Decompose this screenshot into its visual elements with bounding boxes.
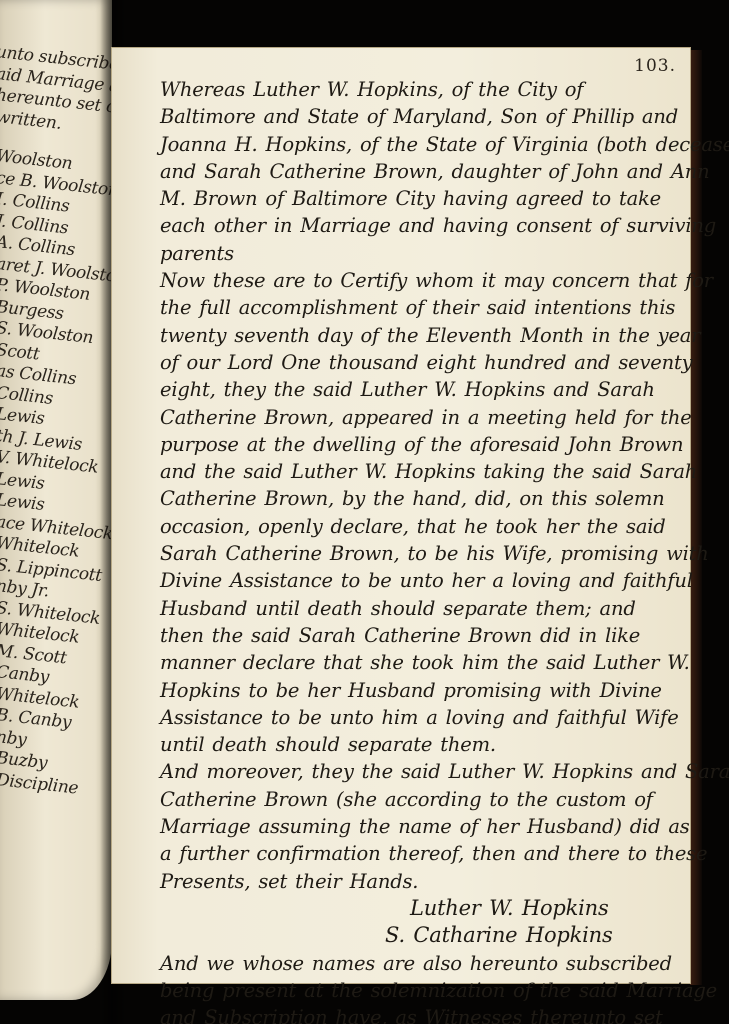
manuscript-line: Hopkins to be her Husband promising with… bbox=[160, 677, 690, 704]
manuscript-line: then the said Sarah Catherine Brown did … bbox=[160, 622, 690, 649]
manuscript-line: purpose at the dwelling of the aforesaid… bbox=[160, 431, 690, 458]
manuscript-line: of our Lord One thousand eight hundred a… bbox=[160, 349, 690, 376]
left-page-witness-list: unto subscribed aid Marriage and hereunt… bbox=[0, 0, 112, 1000]
manuscript-line: being present at the solemnization of th… bbox=[160, 977, 690, 1004]
manuscript-line: Joanna H. Hopkins, of the State of Virgi… bbox=[160, 131, 690, 158]
manuscript-line: each other in Marriage and having consen… bbox=[160, 212, 690, 239]
manuscript-line: Catherine Brown, appeared in a meeting h… bbox=[160, 404, 690, 431]
signature-groom: Luther W. Hopkins bbox=[160, 895, 690, 922]
manuscript-line: and Sarah Catherine Brown, daughter of J… bbox=[160, 158, 690, 185]
manuscript-line: and Subscription have, as Witnesses ther… bbox=[160, 1004, 690, 1024]
manuscript-line: Presents, set their Hands. bbox=[160, 868, 690, 895]
manuscript-line: Assistance to be unto him a loving and f… bbox=[160, 704, 690, 731]
certificate-text: Whereas Luther W. Hopkins, of the City o… bbox=[160, 76, 690, 1024]
manuscript-line: Whereas Luther W. Hopkins, of the City o… bbox=[160, 76, 690, 103]
manuscript-line: and the said Luther W. Hopkins taking th… bbox=[160, 458, 690, 485]
manuscript-line: the full accomplishment of their said in… bbox=[160, 294, 690, 321]
manuscript-line: manner declare that she took him the sai… bbox=[160, 649, 690, 676]
manuscript-line: And moreover, they the said Luther W. Ho… bbox=[160, 758, 690, 785]
right-page-certificate: 103. Whereas Luther W. Hopkins, of the C… bbox=[112, 48, 690, 983]
manuscript-line: twenty seventh day of the Eleventh Month… bbox=[160, 322, 690, 349]
manuscript-line: eight, they the said Luther W. Hopkins a… bbox=[160, 376, 690, 403]
witness-names: unto subscribed aid Marriage and hereunt… bbox=[0, 42, 112, 791]
manuscript-line: occasion, openly declare, that he took h… bbox=[160, 513, 690, 540]
manuscript-line: Marriage assuming the name of her Husban… bbox=[160, 813, 690, 840]
signature-bride: S. Catharine Hopkins bbox=[160, 922, 690, 949]
manuscript-line: Catherine Brown, by the hand, did, on th… bbox=[160, 485, 690, 512]
manuscript-line: And we whose names are also hereunto sub… bbox=[160, 950, 690, 977]
manuscript-line: Now these are to Certify whom it may con… bbox=[160, 267, 690, 294]
manuscript-line: Divine Assistance to be unto her a lovin… bbox=[160, 567, 690, 594]
manuscript-line: Sarah Catherine Brown, to be his Wife, p… bbox=[160, 540, 690, 567]
page-number: 103. bbox=[634, 56, 676, 76]
manuscript-line: Husband until death should separate them… bbox=[160, 595, 690, 622]
manuscript-line: parents bbox=[160, 240, 690, 267]
manuscript-line: Catherine Brown (she according to the cu… bbox=[160, 786, 690, 813]
manuscript-line: Baltimore and State of Maryland, Son of … bbox=[160, 103, 690, 130]
manuscript-line: until death should separate them. bbox=[160, 731, 690, 758]
manuscript-line: a further confirmation thereof, then and… bbox=[160, 840, 690, 867]
manuscript-line: M. Brown of Baltimore City having agreed… bbox=[160, 185, 690, 212]
